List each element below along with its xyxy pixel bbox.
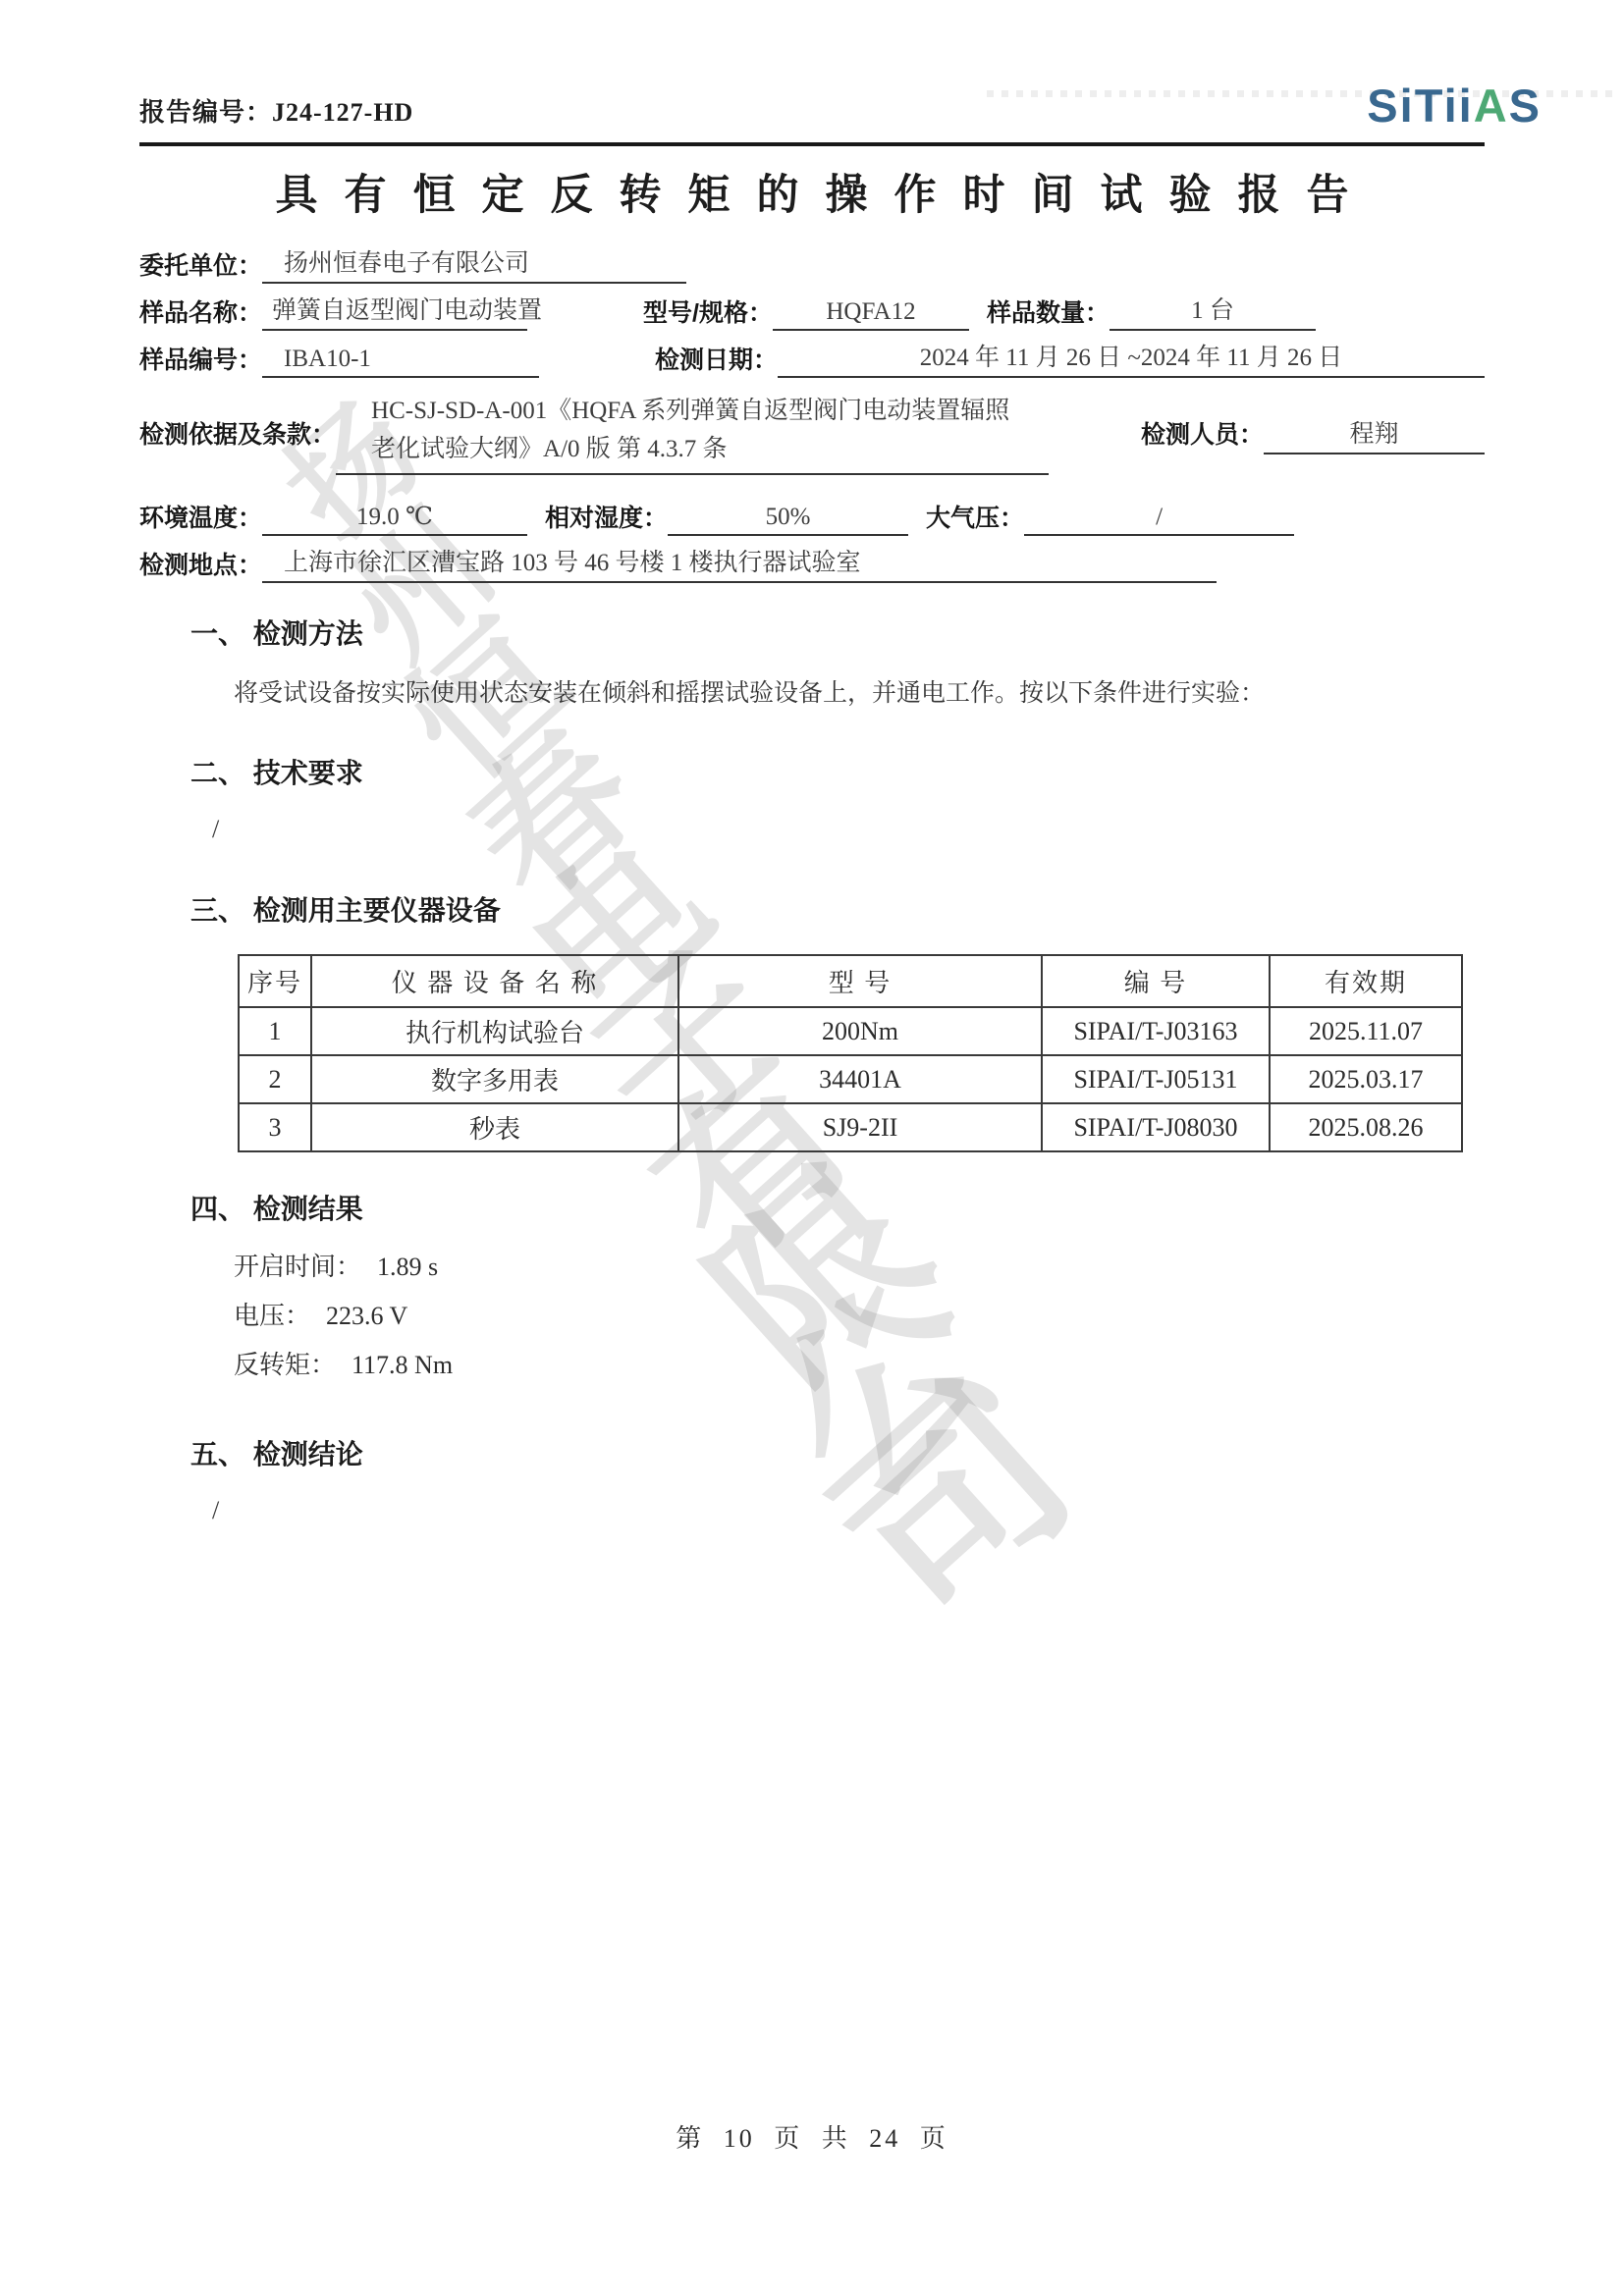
sample-no-value: IBA10-1: [262, 346, 539, 378]
client-value: 扬州恒春电子有限公司: [262, 243, 686, 284]
humidity-value: 50%: [668, 504, 908, 536]
equipment-table-row: 2数字多用表34401ASIPAI/T-J051312025.03.17: [239, 1055, 1462, 1103]
report-title: 具有恒定反转矩的操作时间试验报告: [139, 162, 1485, 222]
equipment-table-cell: SJ9-2II: [678, 1103, 1042, 1151]
page-header: 报告编号：J24-127-HD SiTiiAS: [139, 0, 1485, 129]
section-4-title: 四、 检测结果: [190, 1188, 1485, 1227]
equipment-table-cell: 秒表: [311, 1103, 678, 1151]
result-line: 开启时间：1.89 s: [234, 1247, 1485, 1296]
report-page: 扬州恒春电子有限公司 报告编号：J24-127-HD SiTiiAS 具有恒定反…: [0, 0, 1624, 2296]
equipment-table: 序号仪 器 设 备 名 称型 号编 号有效期 1执行机构试验台200NmSIPA…: [238, 954, 1463, 1152]
row-environment: 环境温度： 19.0 ℃ 相对湿度： 50% 大气压： /: [139, 490, 1485, 536]
equipment-table-cell: 数字多用表: [311, 1055, 678, 1103]
result-label: 反转矩：: [234, 1345, 336, 1381]
sample-name-label: 样品名称：: [139, 294, 262, 331]
location-value: 上海市徐汇区漕宝路 103 号 46 号楼 1 楼执行器试验室: [262, 543, 1217, 583]
sitiias-logo: SiTiiAS: [1367, 82, 1542, 129]
basis-value: HC-SJ-SD-A-001《HQFA 系列弹簧自返型阀门电动装置辐照 老化试验…: [336, 393, 1049, 475]
equipment-table-cell: 3: [239, 1103, 311, 1151]
result-value: 223.6 V: [326, 1302, 407, 1331]
humidity-label: 相对湿度：: [545, 499, 668, 536]
sample-name-value: 弹簧自返型阀门电动装置: [262, 291, 527, 331]
report-number-label: 报告编号：: [139, 98, 272, 127]
equipment-table-cell: 1: [239, 1007, 311, 1055]
header-divider: [139, 142, 1485, 146]
equipment-table-row: 1执行机构试验台200NmSIPAI/T-J031632025.11.07: [239, 1007, 1462, 1055]
sample-no-label: 样品编号：: [139, 341, 262, 378]
equipment-table-cell: 2025.11.07: [1270, 1007, 1462, 1055]
result-value: 1.89 s: [377, 1253, 438, 1282]
report-content: 报告编号：J24-127-HD SiTiiAS 具有恒定反转矩的操作时间试验报告…: [0, 0, 1624, 1525]
basis-label: 检测依据及条款：: [139, 415, 336, 453]
date-label: 检测日期：: [655, 341, 778, 378]
info-block: 委托单位： 扬州恒春电子有限公司 样品名称： 弹簧自返型阀门电动装置 型号/规格…: [139, 238, 1485, 583]
section-1-title: 一、 检测方法: [190, 613, 1485, 652]
equipment-table-cell: 执行机构试验台: [311, 1007, 678, 1055]
row-sample-no: 样品编号： IBA10-1 检测日期： 2024 年 11 月 26 日 ~20…: [139, 332, 1485, 378]
pressure-value: /: [1024, 504, 1294, 536]
report-number-value: J24-127-HD: [272, 98, 413, 127]
model-value: HQFA12: [773, 298, 969, 331]
result-value: 117.8 Nm: [352, 1351, 453, 1380]
equipment-table-header-row: 序号仪 器 设 备 名 称型 号编 号有效期: [239, 955, 1462, 1007]
client-label: 委托单位：: [139, 246, 262, 284]
row-client: 委托单位： 扬州恒春电子有限公司: [139, 238, 1485, 284]
temp-value: 19.0 ℃: [262, 502, 527, 536]
results-block: 开启时间：1.89 s电压：223.6 V反转矩：117.8 Nm: [234, 1247, 1485, 1394]
section-5-title: 五、 检测结论: [190, 1433, 1485, 1472]
section-1-body: 将受试设备按实际使用状态安装在倾斜和摇摆试验设备上，并通电工作。按以下条件进行实…: [234, 673, 1485, 709]
equipment-table-cell: SIPAI/T-J03163: [1042, 1007, 1270, 1055]
equipment-col-header: 型 号: [678, 955, 1042, 1007]
logo-part-blue-1: SiTii: [1367, 80, 1473, 132]
equipment-table-row: 3秒表SJ9-2IISIPAI/T-J080302025.08.26: [239, 1103, 1462, 1151]
basis-line-2: 老化试验大纲》A/0 版 第 4.3.7 条: [371, 431, 1049, 469]
date-value: 2024 年 11 月 26 日 ~2024 年 11 月 26 日: [778, 338, 1485, 378]
temp-label: 环境温度：: [139, 499, 262, 536]
logo-part-blue-2: S: [1509, 80, 1542, 132]
report-number: 报告编号：J24-127-HD: [139, 92, 413, 129]
equipment-table-cell: SIPAI/T-J05131: [1042, 1055, 1270, 1103]
row-location: 检测地点： 上海市徐汇区漕宝路 103 号 46 号楼 1 楼执行器试验室: [139, 537, 1485, 583]
result-line: 反转矩：117.8 Nm: [234, 1345, 1485, 1394]
qty-label: 样品数量：: [987, 294, 1110, 331]
tester-value: 程翔: [1264, 414, 1485, 454]
result-label: 电压：: [234, 1296, 310, 1332]
basis-line-1: HC-SJ-SD-A-001《HQFA 系列弹簧自返型阀门电动装置辐照: [371, 393, 1049, 431]
section-3-title: 三、 检测用主要仪器设备: [190, 889, 1485, 929]
row-sample-name: 样品名称： 弹簧自返型阀门电动装置 型号/规格： HQFA12 样品数量： 1 …: [139, 285, 1485, 331]
section-2-title: 二、 技术要求: [190, 752, 1485, 791]
tester-label: 检测人员：: [1141, 415, 1264, 453]
equipment-table-cell: 200Nm: [678, 1007, 1042, 1055]
result-line: 电压：223.6 V: [234, 1296, 1485, 1345]
equipment-col-header: 有效期: [1270, 955, 1462, 1007]
equipment-table-cell: 2025.03.17: [1270, 1055, 1462, 1103]
pressure-label: 大气压：: [926, 499, 1024, 536]
equipment-col-header: 编 号: [1042, 955, 1270, 1007]
result-label: 开启时间：: [234, 1247, 361, 1283]
equipment-col-header: 序号: [239, 955, 311, 1007]
row-basis: 检测依据及条款： HC-SJ-SD-A-001《HQFA 系列弹簧自返型阀门电动…: [139, 379, 1485, 489]
logo-part-green: A: [1474, 80, 1509, 132]
equipment-table-cell: 34401A: [678, 1055, 1042, 1103]
section-5-body: /: [212, 1496, 1485, 1525]
model-label: 型号/规格：: [643, 294, 773, 331]
page-number: 第 10 页 共 24 页: [676, 2124, 948, 2153]
page-footer: 第 10 页 共 24 页: [0, 2118, 1624, 2155]
equipment-table-cell: 2025.08.26: [1270, 1103, 1462, 1151]
equipment-table-cell: 2: [239, 1055, 311, 1103]
equipment-table-cell: SIPAI/T-J08030: [1042, 1103, 1270, 1151]
section-2-body: /: [212, 815, 1485, 844]
qty-value: 1 台: [1110, 291, 1316, 331]
location-label: 检测地点：: [139, 546, 262, 583]
equipment-col-header: 仪 器 设 备 名 称: [311, 955, 678, 1007]
